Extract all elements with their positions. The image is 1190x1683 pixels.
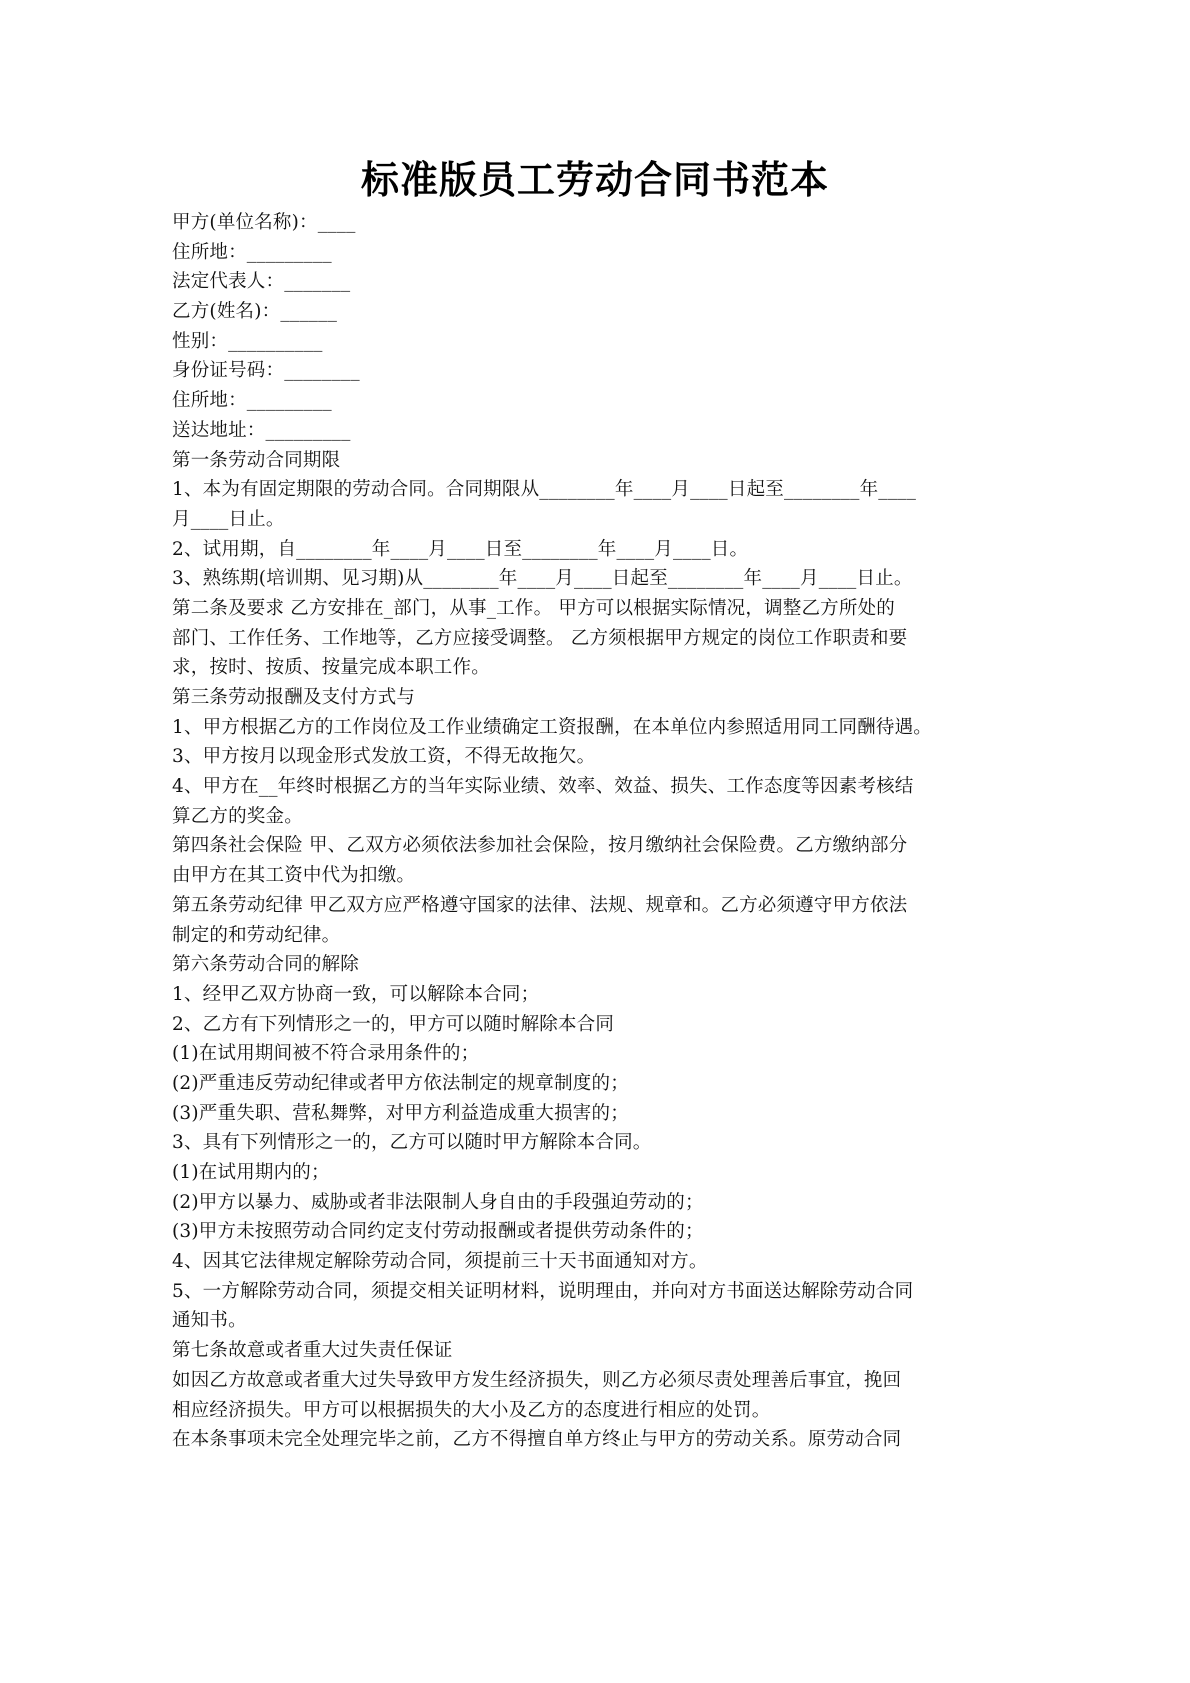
text-line: (1)在试用期内的； — [172, 1158, 1032, 1188]
text-line: 由甲方在其工资中代为扣缴。 — [172, 861, 1032, 891]
text-line: (1)在试用期间被不符合录用条件的； — [172, 1039, 1032, 1069]
text-line: 在本条事项未完全处理完毕之前，乙方不得擅自单方终止与甲方的劳动关系。原劳动合同 — [172, 1425, 1032, 1455]
text-line: 2、乙方有下列情形之一的，甲方可以随时解除本合同 — [172, 1010, 1032, 1040]
text-line: 第六条劳动合同的解除 — [172, 950, 1032, 980]
text-line: 通知书。 — [172, 1306, 1032, 1336]
text-line: 第五条劳动纪律 甲乙双方应严格遵守国家的法律、法规、规章和。乙方必须遵守甲方依法 — [172, 891, 1032, 921]
text-line: 4、甲方在__年终时根据乙方的当年实际业绩、效率、效益、损失、工作态度等因素考核… — [172, 772, 1032, 802]
text-line: 甲方(单位名称)：____ — [172, 208, 1032, 238]
text-line: 乙方(姓名)：______ — [172, 297, 1032, 327]
text-line: (2)严重违反劳动纪律或者甲方依法制定的规章制度的； — [172, 1069, 1032, 1099]
text-line: 制定的和劳动纪律。 — [172, 921, 1032, 951]
text-line: 1、甲方根据乙方的工作岗位及工作业绩确定工资报酬，在本单位内参照适用同工同酬待遇… — [172, 713, 1032, 743]
document-body: 甲方(单位名称)：____住所地：_________法定代表人：_______乙… — [172, 208, 1032, 1455]
text-line: 部门、工作任务、工作地等，乙方应接受调整。 乙方须根据甲方规定的岗位工作职责和要 — [172, 624, 1032, 654]
text-line: 3、具有下列情形之一的，乙方可以随时甲方解除本合同。 — [172, 1128, 1032, 1158]
text-line: 第七条故意或者重大过失责任保证 — [172, 1336, 1032, 1366]
text-line: 第一条劳动合同期限 — [172, 446, 1032, 476]
text-line: 3、甲方按月以现金形式发放工资，不得无故拖欠。 — [172, 742, 1032, 772]
text-line: 法定代表人：_______ — [172, 267, 1032, 297]
text-line: 第四条社会保险 甲、乙双方必须依法参加社会保险，按月缴纳社会保险费。乙方缴纳部分 — [172, 831, 1032, 861]
text-line: 3、熟练期(培训期、见习期)从________年____月____日起至____… — [172, 564, 1032, 594]
text-line: 住所地：_________ — [172, 386, 1032, 416]
text-line: 性别：__________ — [172, 327, 1032, 357]
text-line: (3)严重失职、营私舞弊，对甲方利益造成重大损害的； — [172, 1099, 1032, 1129]
text-line: 送达地址：_________ — [172, 416, 1032, 446]
document-page: 标准版员工劳动合同书范本 甲方(单位名称)：____住所地：_________法… — [0, 0, 1190, 1683]
text-line: (2)甲方以暴力、威胁或者非法限制人身自由的手段强迫劳动的； — [172, 1188, 1032, 1218]
text-line: 4、因其它法律规定解除劳动合同，须提前三十天书面通知对方。 — [172, 1247, 1032, 1277]
text-line: 身份证号码：________ — [172, 356, 1032, 386]
text-line: (3)甲方未按照劳动合同约定支付劳动报酬或者提供劳动条件的； — [172, 1217, 1032, 1247]
text-line: 第三条劳动报酬及支付方式与 — [172, 683, 1032, 713]
text-line: 5、一方解除劳动合同，须提交相关证明材料，说明理由，并向对方书面送达解除劳动合同 — [172, 1277, 1032, 1307]
text-line: 2、试用期，自________年____月____日至________年____… — [172, 535, 1032, 565]
text-line: 相应经济损失。甲方可以根据损失的大小及乙方的态度进行相应的处罚。 — [172, 1396, 1032, 1426]
text-line: 算乙方的奖金。 — [172, 802, 1032, 832]
text-line: 1、本为有固定期限的劳动合同。合同期限从________年____月____日起… — [172, 475, 1032, 505]
document-title: 标准版员工劳动合同书范本 — [0, 152, 1190, 208]
text-line: 第二条及要求 乙方安排在_部门，从事_工作。 甲方可以根据实际情况，调整乙方所处… — [172, 594, 1032, 624]
text-line: 如因乙方故意或者重大过失导致甲方发生经济损失，则乙方必须尽责处理善后事宜，挽回 — [172, 1366, 1032, 1396]
text-line: 求，按时、按质、按量完成本职工作。 — [172, 653, 1032, 683]
text-line: 月____日止。 — [172, 505, 1032, 535]
text-line: 住所地：_________ — [172, 238, 1032, 268]
text-line: 1、经甲乙双方协商一致，可以解除本合同； — [172, 980, 1032, 1010]
